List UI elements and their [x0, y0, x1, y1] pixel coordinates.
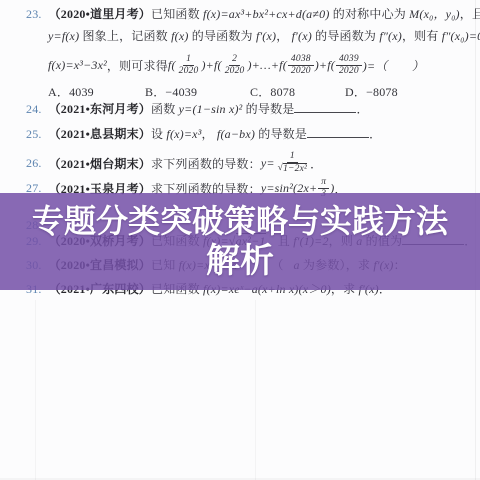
problem-25-line: 25.（2021•息县期末）设 f(x)=x³， f(a−bx) 的导数是．: [26, 125, 381, 142]
overlay-banner: 专题分类突破策略与实践方法 解析: [0, 193, 480, 290]
problem-23-formula-line: f(x)=x³−3x²，则可求得 f(12020)+f(22020)+…+f(4…: [48, 49, 424, 81]
banner-title-line-1: 专题分类突破策略与实践方法: [0, 202, 480, 240]
problem-24-line: 24.（2021•东河月考）函数 y=(1−sin x)² 的导数是．: [26, 100, 369, 117]
scanned-worksheet-page: 23.（2020•道里月考）已知函数 f(x)=ax³+bx²+cx+d(a≠0…: [0, 0, 480, 480]
banner-title-line-2: 解析: [0, 241, 480, 281]
page-fold-line-center: [255, 300, 256, 480]
problem-23-options: A．4039B．−4039C．8078D．−8078: [48, 83, 398, 100]
problem-23-line-2: y=f(x) 图象上，记函数 f(x) 的导函数为 f′(x)， f′(x) 的…: [48, 27, 480, 44]
page-fold-line-left: [35, 300, 36, 480]
problem-23-line-1: 23.（2020•道里月考）已知函数 f(x)=ax³+bx²+cx+d(a≠0…: [26, 5, 480, 22]
